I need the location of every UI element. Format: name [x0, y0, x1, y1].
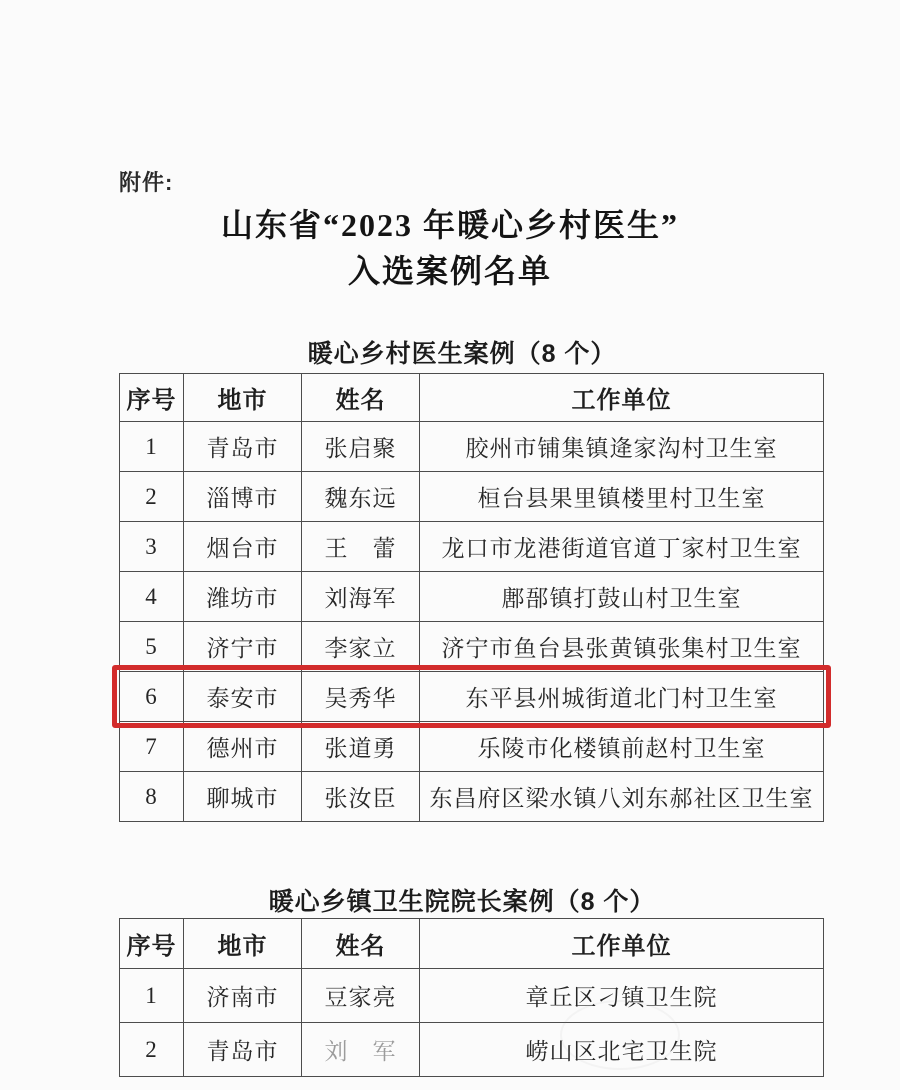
village-doctor-table: 序号地市姓名工作单位1青岛市张启聚胶州市铺集镇逄家沟村卫生室2淄博市魏东远桓台县…	[119, 373, 824, 822]
name-cell: 魏东远	[302, 472, 420, 522]
table-row: 4潍坊市刘海军鄌郚镇打鼓山村卫生室	[120, 572, 824, 622]
column-header: 序号	[120, 919, 184, 969]
township-director-table-caption: 暖心乡镇卫生院院长案例（8 个）	[110, 882, 814, 918]
city-cell: 淄博市	[184, 472, 302, 522]
unit-cell: 桓台县果里镇楼里村卫生室	[420, 472, 824, 522]
township-director-table-wrap: 序号地市姓名工作单位1济南市豆家亮章丘区刁镇卫生院2青岛市刘 军崂山区北宅卫生院	[119, 918, 823, 1077]
unit-cell: 胶州市铺集镇逄家沟村卫生室	[420, 422, 824, 472]
index-cell: 1	[120, 969, 184, 1023]
name-cell: 张汝臣	[302, 772, 420, 822]
index-cell: 6	[120, 672, 184, 722]
table-row: 2淄博市魏东远桓台县果里镇楼里村卫生室	[120, 472, 824, 522]
index-cell: 5	[120, 622, 184, 672]
table-row: 3烟台市王 蕾龙口市龙港街道官道丁家村卫生室	[120, 522, 824, 572]
index-cell: 4	[120, 572, 184, 622]
index-cell: 2	[120, 472, 184, 522]
table-row: 1济南市豆家亮章丘区刁镇卫生院	[120, 969, 824, 1023]
unit-cell: 崂山区北宅卫生院	[420, 1023, 824, 1077]
city-cell: 烟台市	[184, 522, 302, 572]
unit-cell: 济宁市鱼台县张黄镇张集村卫生室	[420, 622, 824, 672]
name-cell: 王 蕾	[302, 522, 420, 572]
name-cell: 豆家亮	[302, 969, 420, 1023]
column-header: 工作单位	[420, 374, 824, 422]
unit-cell: 龙口市龙港街道官道丁家村卫生室	[420, 522, 824, 572]
table-row: 6泰安市吴秀华东平县州城街道北门村卫生室	[120, 672, 824, 722]
city-cell: 潍坊市	[184, 572, 302, 622]
unit-cell: 乐陵市化楼镇前赵村卫生室	[420, 722, 824, 772]
index-cell: 7	[120, 722, 184, 772]
unit-cell: 东昌府区梁水镇八刘东郝社区卫生室	[420, 772, 824, 822]
attachment-label: 附件:	[119, 166, 173, 197]
column-header: 姓名	[302, 919, 420, 969]
document-title-line1: 山东省“2023 年暖心乡村医生”	[0, 200, 900, 246]
name-cell: 刘 军	[302, 1023, 420, 1077]
city-cell: 青岛市	[184, 1023, 302, 1077]
city-cell: 济南市	[184, 969, 302, 1023]
name-cell: 刘海军	[302, 572, 420, 622]
unit-cell: 章丘区刁镇卫生院	[420, 969, 824, 1023]
unit-cell: 东平县州城街道北门村卫生室	[420, 672, 824, 722]
table-row: 5济宁市李家立济宁市鱼台县张黄镇张集村卫生室	[120, 622, 824, 672]
village-doctor-table-wrap: 序号地市姓名工作单位1青岛市张启聚胶州市铺集镇逄家沟村卫生室2淄博市魏东远桓台县…	[119, 373, 823, 822]
village-doctor-table-caption: 暖心乡村医生案例（8 个）	[110, 334, 814, 370]
index-cell: 2	[120, 1023, 184, 1077]
name-cell: 张道勇	[302, 722, 420, 772]
table-row: 2青岛市刘 军崂山区北宅卫生院	[120, 1023, 824, 1077]
city-cell: 德州市	[184, 722, 302, 772]
column-header: 序号	[120, 374, 184, 422]
document-page: 附件: 山东省“2023 年暖心乡村医生” 入选案例名单 暖心乡村医生案例（8 …	[0, 0, 900, 1090]
table-row: 7德州市张道勇乐陵市化楼镇前赵村卫生室	[120, 722, 824, 772]
column-header: 工作单位	[420, 919, 824, 969]
column-header: 地市	[184, 919, 302, 969]
index-cell: 3	[120, 522, 184, 572]
header-row: 序号地市姓名工作单位	[120, 374, 824, 422]
column-header: 地市	[184, 374, 302, 422]
name-cell: 吴秀华	[302, 672, 420, 722]
header-row: 序号地市姓名工作单位	[120, 919, 824, 969]
city-cell: 聊城市	[184, 772, 302, 822]
unit-cell: 鄌郚镇打鼓山村卫生室	[420, 572, 824, 622]
index-cell: 1	[120, 422, 184, 472]
city-cell: 青岛市	[184, 422, 302, 472]
township-director-table: 序号地市姓名工作单位1济南市豆家亮章丘区刁镇卫生院2青岛市刘 军崂山区北宅卫生院	[119, 918, 824, 1077]
city-cell: 泰安市	[184, 672, 302, 722]
name-cell: 张启聚	[302, 422, 420, 472]
column-header: 姓名	[302, 374, 420, 422]
city-cell: 济宁市	[184, 622, 302, 672]
table-row: 1青岛市张启聚胶州市铺集镇逄家沟村卫生室	[120, 422, 824, 472]
document-title-line2: 入选案例名单	[0, 246, 900, 292]
name-cell: 李家立	[302, 622, 420, 672]
index-cell: 8	[120, 772, 184, 822]
table-row: 8聊城市张汝臣东昌府区梁水镇八刘东郝社区卫生室	[120, 772, 824, 822]
